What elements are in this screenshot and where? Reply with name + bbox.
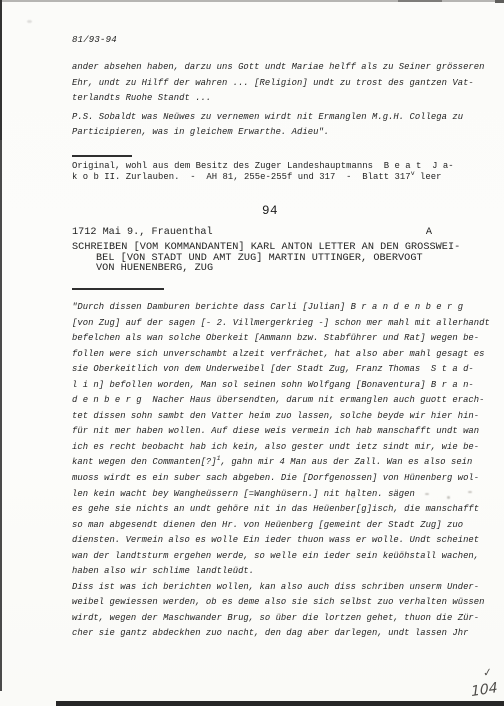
quote-line: P.S. Sobaldt was Neüwes zu vernemen wird…	[72, 110, 485, 126]
smudge	[447, 496, 450, 499]
quote-line: befelchen als wan solche Oberkeit [Amman…	[72, 331, 490, 347]
quote-line-with-footnote: kant wegen den Commanten[?]1, gahn mir 4…	[72, 455, 490, 471]
pencil-checkmark: ✓	[482, 665, 493, 679]
quote-line: diensten. Vermein also es wolle Ein iede…	[72, 533, 490, 549]
quote-line: d e n b e r g Nacher Haus übersendten, d…	[72, 393, 490, 409]
scan-edge-left-dark	[0, 0, 2, 140]
entry-number: 94	[262, 204, 278, 218]
dateline: 1712 Mai 9., Frauenthal A	[72, 227, 432, 238]
quote-line: so man abgesendt dienen den Hr. von Heüe…	[72, 518, 490, 534]
quote-line: l i n] befollen worden, Man sol seinen s…	[72, 378, 490, 394]
smudge	[352, 496, 355, 498]
quote-line: ich es recht beobacht hab ich kein, also…	[72, 440, 490, 456]
divider-rule	[72, 155, 132, 157]
postscript: P.S. Sobaldt was Neüwes zu vernemen wird…	[72, 110, 485, 141]
quote-line: haben also wir schlime landtleüdt.	[72, 564, 490, 580]
quote-line: Ehr, undt zu Hilff der wahren ... [Relig…	[72, 76, 485, 92]
quote-line: wan der landtsturm ergehen werde, so wel…	[72, 549, 490, 565]
scan-edge-top-dark	[398, 0, 442, 2]
provenance-text: leer	[415, 172, 442, 182]
quote-line: weibel gewiessen werden, ob es deme also…	[72, 595, 490, 611]
summary-line: SCHREIBEN [VOM KOMMANDANTEN] KARL ANTON …	[72, 243, 460, 254]
quote-line: wirdt, wegen der Maschwander Brug, so üb…	[72, 611, 490, 627]
provenance-line: k o b II. Zurlauben. - AH 81, 255e-255f …	[72, 172, 454, 183]
provenance-line: Original, wohl aus dem Besitz des Zuger …	[72, 161, 454, 172]
quote-line: terlandts Ruohe Standt ...	[72, 91, 485, 107]
scan-edge-bottom	[56, 701, 504, 706]
quote-line: es gehe sie nichts an undt gehöre nit in…	[72, 502, 490, 518]
smudge	[468, 491, 472, 493]
quote-text: , gahn mir 4 Man aus der Zall. Wan es al…	[221, 457, 473, 467]
copy-siglum: A	[426, 227, 432, 238]
quote-line: [von Zug] auf der sagen [- 2. Villmerger…	[72, 316, 490, 332]
provenance-text: k o b II. Zurlauben. - AH 81, 255e-255f …	[72, 172, 411, 182]
provenance-note: Original, wohl aus dem Besitz des Zuger …	[72, 161, 454, 182]
smudge	[27, 20, 32, 23]
entry-date: 1712 Mai 9., Frauenthal	[72, 227, 213, 238]
quote-line: ander absehen haben, darzu uns Gott undt…	[72, 60, 485, 76]
scan-edge-top-corner	[495, 0, 504, 3]
quote-line: "Durch dissen Damburen berichte dass Car…	[72, 300, 490, 316]
page-ref: 81/93-94	[72, 35, 117, 45]
entry-93-quote-end: ander absehen haben, darzu uns Gott undt…	[72, 60, 485, 141]
quote-text: kant wegen den Commanten[?]	[72, 457, 217, 467]
entry-94-quote: "Durch dissen Damburen berichte dass Car…	[72, 300, 490, 642]
divider-rule	[72, 288, 164, 290]
quote-line: Participieren, was in gleichem Erwarthe.…	[72, 125, 485, 141]
smudge	[425, 493, 429, 495]
quote-line: Diss ist was ich berichten wollen, kan a…	[72, 580, 490, 596]
quote-line: sie Oberkeitlich von dem Underweibel [de…	[72, 362, 490, 378]
entry-summary: SCHREIBEN [VOM KOMMANDANTEN] KARL ANTON …	[72, 243, 460, 275]
summary-line: VON HUENENBERG, ZUG	[72, 264, 460, 275]
quote-line: für nit mer haben wollen. Auf diese weis…	[72, 424, 490, 440]
quote-line: muoss wirdt es ein suber sach abgeben. D…	[72, 471, 490, 487]
quote-line: cher sie gantz abdeckhen zuo nacht, den …	[72, 626, 490, 642]
quote-line: tet dissen sohn sambt den Vatter heim zu…	[72, 409, 490, 425]
quote-line: follen were sich unverschambt alzeit ver…	[72, 347, 490, 363]
handwritten-page-number: 104	[471, 680, 498, 700]
scanned-document-page: 81/93-94 ander absehen haben, darzu uns …	[0, 0, 504, 706]
